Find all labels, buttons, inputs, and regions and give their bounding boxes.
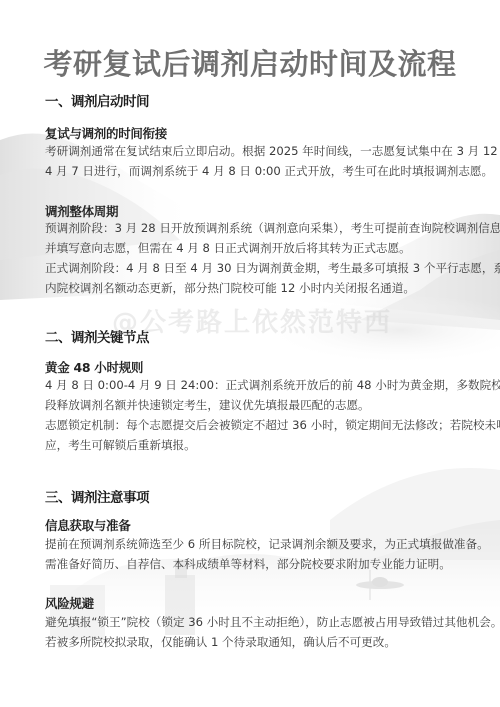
paragraph-risk-avoidance: 避免填报“锁王”院校（锁定 36 小时且不主动拒绝），防止志愿被占用导致错过其他… <box>45 612 465 652</box>
text-line: 正式调剂阶段：4 月 8 日至 4 月 30 日为调剂黄金期，考生最多可填报 3… <box>45 258 465 278</box>
paragraph-time-connection: 考研调剂通常在复试结束后立即启动。根据 2025 年时间线，一志愿复试集中在 3… <box>45 141 465 181</box>
text-line: 内院校调剂名额动态更新，部分热门院校可能 12 小时内关闭报名通道。 <box>45 278 465 298</box>
paragraph-overall-cycle: 预调剂阶段：3 月 28 日开放预调剂系统（调剂意向采集），考生可提前查询院校调… <box>45 218 465 298</box>
subheading-info-prep: 信息获取与准备 <box>45 516 130 534</box>
watermark: @公考路上依然范特西 <box>112 302 392 339</box>
text-line: 避免填报“锁王”院校（锁定 36 小时且不主动拒绝），防止志愿被占用导致错过其他… <box>45 612 465 632</box>
paragraph-golden-48h: 4 月 8 日 0:00-4 月 9 日 24:00：正式调剂系统开放后的前 4… <box>45 375 465 455</box>
text-line: 段释放调剂名额并快速锁定考生，建议优先填报最匹配的志愿。 <box>45 395 465 415</box>
subheading-time-connection: 复试与调剂的时间衔接 <box>45 124 167 142</box>
text-line: 并填写意向志愿，但需在 4 月 8 日正式调剂开放后将其转为正式志愿。 <box>45 238 465 258</box>
paragraph-info-prep: 提前在预调剂系统筛选至少 6 所目标院校，记录调剂余额及要求，为正式填报做准备。… <box>45 534 465 574</box>
text-line: 若被多所院校拟录取，仅能确认 1 个待录取通知，确认后不可更改。 <box>45 632 465 652</box>
text-line: 4 月 7 日进行，而调剂系统于 4 月 8 日 0:00 正式开放，考生可在此… <box>45 161 465 181</box>
section-heading-3: 三、调剂注意事项 <box>45 486 149 506</box>
text-line: 需准备好简历、自荐信、本科成绩单等材料，部分院校要求附加专业能力证明。 <box>45 554 465 574</box>
text-line: 预调剂阶段：3 月 28 日开放预调剂系统（调剂意向采集），考生可提前查询院校调… <box>45 218 465 238</box>
subheading-risk-avoidance: 风险规避 <box>45 594 94 612</box>
section-heading-1: 一、调剂启动时间 <box>45 90 149 110</box>
text-line: 4 月 8 日 0:00-4 月 9 日 24:00：正式调剂系统开放后的前 4… <box>45 375 465 395</box>
subheading-golden-48h: 黄金 48 小时规则 <box>45 358 143 376</box>
text-line: 提前在预调剂系统筛选至少 6 所目标院校，记录调剂余额及要求，为正式填报做准备。 <box>45 534 465 554</box>
text-line: 考研调剂通常在复试结束后立即启动。根据 2025 年时间线，一志愿复试集中在 3… <box>45 141 465 161</box>
text-line: 应，考生可解锁后重新填报。 <box>45 435 465 455</box>
text-line: 志愿锁定机制：每个志愿提交后会被锁定不超过 36 小时，锁定期间无法修改；若院校… <box>45 415 465 435</box>
page-title: 考研复试后调剂启动时间及流程 <box>0 42 500 83</box>
